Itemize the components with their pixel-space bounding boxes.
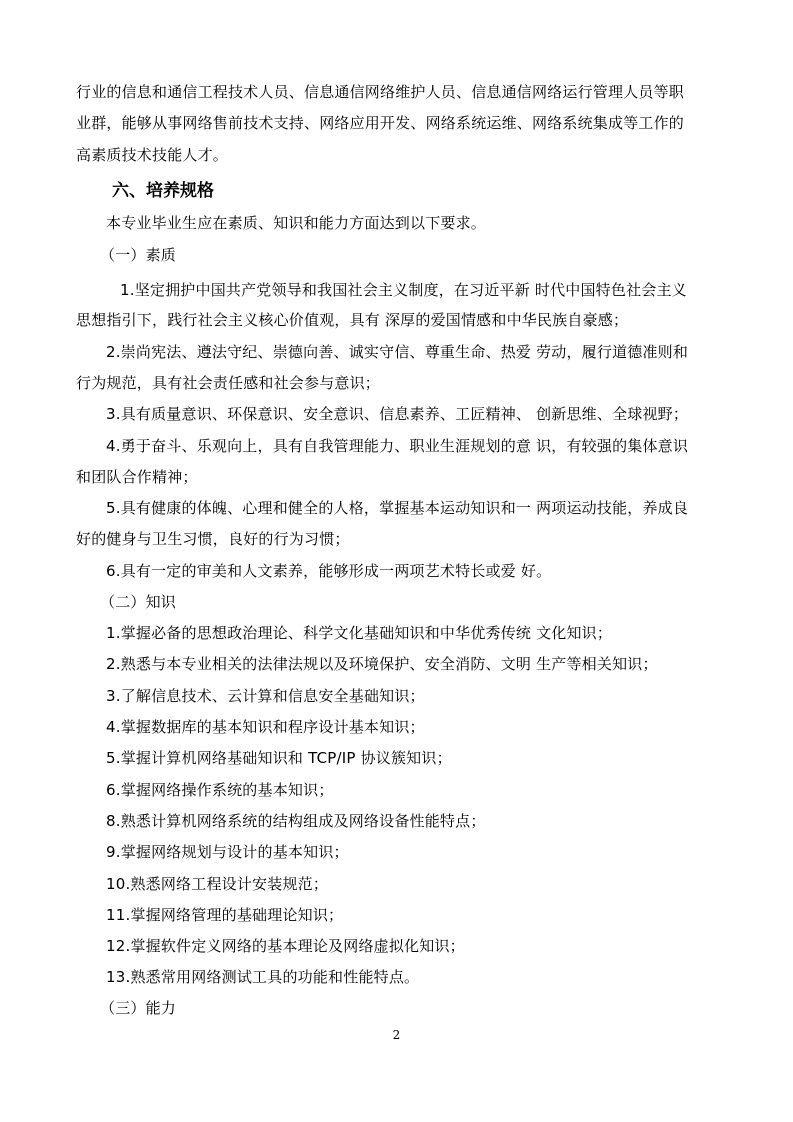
intro-line: 高素质技术技能人才。 <box>76 145 726 165</box>
knowledge-item: 5.掌握计算机网络基础知识和 TCP/IP 协议簇知识； <box>106 748 756 768</box>
page-number: 2 <box>0 1028 793 1042</box>
quality-item-1: 1.坚定拥护中国共产党领导和我国社会主义制度，在习近平新 时代中国特色社会主义 <box>120 280 770 300</box>
knowledge-item: 13.熟悉常用网络测试工具的功能和性能特点。 <box>106 967 756 987</box>
subsection-title-quality: （一）素质 <box>100 245 750 265</box>
knowledge-item: 3.了解信息技术、云计算和信息安全基础知识； <box>106 686 756 706</box>
quality-item-2: 2.崇尚宪法、遵法守纪、崇德向善、诚实守信、尊重生命、热爱 劳动，履行道德准则和 <box>106 342 756 362</box>
quality-item-6: 6.具有一定的审美和人文素养，能够形成一两项艺术特长或爱 好。 <box>106 561 756 581</box>
document-page: 行业的信息和通信工程技术人员、信息通信网络维护人员、信息通信网络运行管理人员等职… <box>0 0 793 1122</box>
quality-item-5-cont: 好的健身与卫生习惯，良好的行为习惯； <box>76 529 726 549</box>
knowledge-item: 4.掌握数据库的基本知识和程序设计基本知识； <box>106 717 756 737</box>
knowledge-item: 6.掌握网络操作系统的基本知识； <box>106 780 756 800</box>
quality-item-4: 4.勇于奋斗、乐观向上，具有自我管理能力、职业生涯规划的意 识，有较强的集体意识 <box>106 436 756 456</box>
knowledge-item: 2.熟悉与本专业相关的法律法规以及环境保护、安全消防、文明 生产等相关知识； <box>106 654 756 674</box>
subsection-title-ability: （三）能力 <box>100 998 750 1018</box>
intro-line: 行业的信息和通信工程技术人员、信息通信网络维护人员、信息通信网络运行管理人员等职 <box>76 82 726 102</box>
knowledge-item: 12.掌握软件定义网络的基本理论及网络虚拟化知识； <box>106 936 756 956</box>
quality-item-5: 5.具有健康的体魄、心理和健全的人格，掌握基本运动知识和一 两项运动技能，养成良 <box>106 498 756 518</box>
section-heading: 六、培养规格 <box>112 180 214 202</box>
section-lead: 本专业毕业生应在素质、知识和能力方面达到以下要求。 <box>106 213 756 233</box>
knowledge-item: 8.熟悉计算机网络系统的结构组成及网络设备性能特点； <box>106 811 756 831</box>
quality-item-3: 3.具有质量意识、环保意识、安全意识、信息素养、工匠精神、 创新思维、全球视野； <box>106 404 756 424</box>
quality-item-1-cont: 思想指引下，践行社会主义核心价值观，具有 深厚的爱国情感和中华民族自豪感； <box>76 310 726 330</box>
quality-item-4-cont: 和团队合作精神； <box>76 467 726 487</box>
subsection-title-knowledge: （二）知识 <box>100 592 750 612</box>
knowledge-item: 9.掌握网络规划与设计的基本知识； <box>106 842 756 862</box>
knowledge-item: 1.掌握必备的思想政治理论、科学文化基础知识和中华优秀传统 文化知识； <box>106 623 756 643</box>
quality-item-2-cont: 行为规范，具有社会责任感和社会参与意识； <box>76 373 726 393</box>
knowledge-item: 11.掌握网络管理的基础理论知识； <box>106 905 756 925</box>
intro-line: 业群，能够从事网络售前技术支持、网络应用开发、网络系统运维、网络系统集成等工作的 <box>76 113 726 133</box>
knowledge-item: 10.熟悉网络工程设计安装规范； <box>106 874 756 894</box>
